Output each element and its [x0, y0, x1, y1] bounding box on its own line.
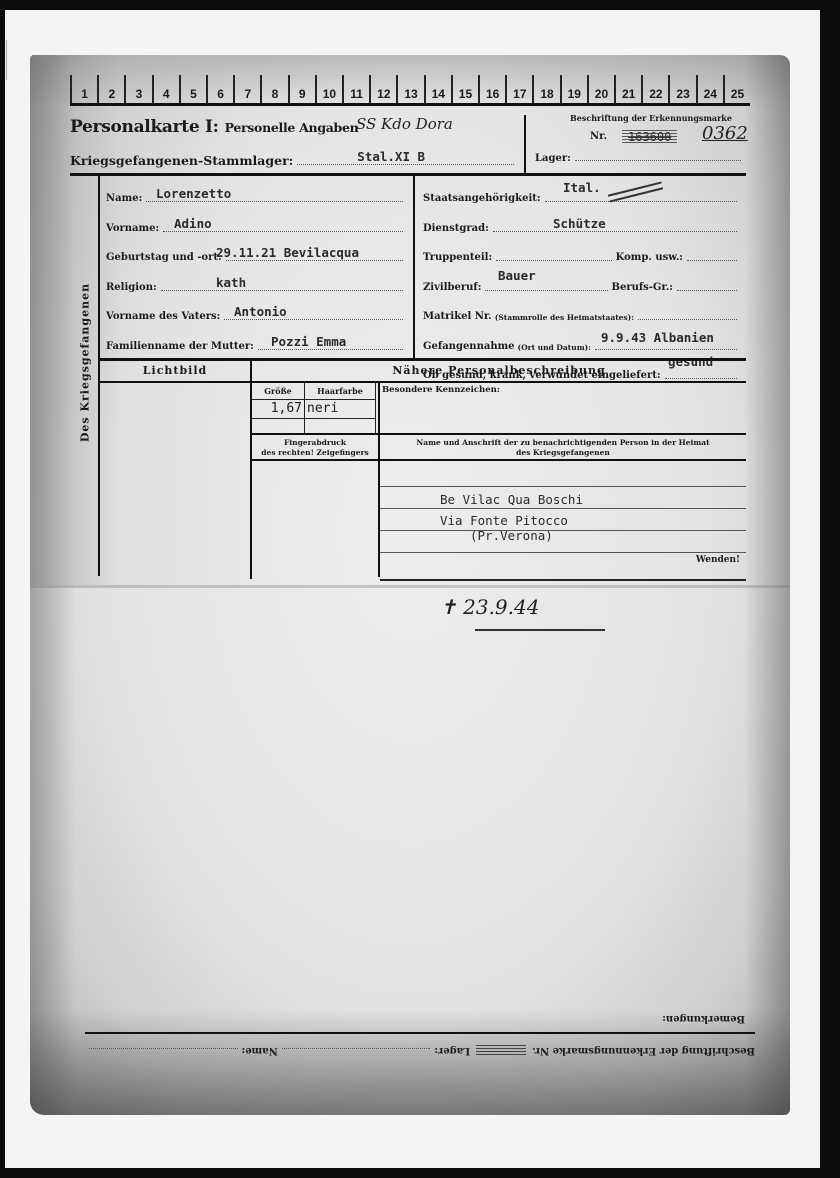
personal-field: Name:Lorenzetto — [106, 182, 407, 204]
field-label: Vorname: — [106, 223, 159, 234]
dotted-line — [493, 230, 737, 232]
field-label: Name: — [106, 193, 142, 204]
field-label: Berufs-Gr.: — [612, 282, 674, 293]
ruler-cell: 10 — [315, 75, 342, 103]
ruler-cell: 24 — [696, 75, 723, 103]
stammlager-value: Stal.XI B — [357, 149, 425, 164]
ruler-cell: 25 — [723, 75, 750, 103]
field-value: Antonio — [234, 304, 287, 319]
fingerabdruck-header: Fingerabdruck des rechten! Zeigefingers — [252, 433, 378, 461]
field-label: Komp. usw.: — [616, 252, 683, 263]
address-line-3: (Pr.Verona) — [470, 528, 553, 543]
header-divider — [524, 115, 526, 173]
personalbeschreibung-header: Nähere Personalbeschreibung — [252, 361, 746, 383]
staatsangehoerigkeit-field: Staatsangehörigkeit: Ital. — [423, 182, 741, 204]
field-label: Zivilberuf: — [423, 282, 481, 293]
dotted-line — [545, 200, 737, 202]
ruler-cell: 2 — [97, 75, 124, 103]
dotted-line — [638, 318, 737, 320]
ruler-cell: 20 — [587, 75, 614, 103]
handwritten-header-note: SS Kdo Dora — [356, 115, 453, 133]
ruler-cell: 22 — [641, 75, 668, 103]
field-value: Adino — [174, 216, 212, 231]
field-label: Vorname des Vaters: — [106, 311, 220, 322]
handwritten-death-date: ✝ 23.9.44 — [440, 595, 539, 619]
heimat-contact-header: Name und Anschrift der zu benachrichtige… — [380, 433, 746, 461]
haarfarbe-value: neri — [305, 400, 376, 418]
address-line-2: Via Fonte Pitocco — [440, 513, 568, 528]
field-sublabel: (Ort und Datum): — [518, 343, 591, 352]
groesse-value: 1,67 — [252, 400, 305, 418]
ruler-cell: 17 — [505, 75, 532, 103]
ruler-cell: 4 — [152, 75, 179, 103]
heimat-address-lines: Be Vilac Qua Boschi Via Fonte Pitocco (P… — [380, 465, 746, 581]
heimat-sublabel: des Kriegsgefangenen — [380, 448, 746, 458]
dotted-line — [575, 159, 741, 161]
fingerabdruck-label: Fingerabdruck — [252, 438, 378, 448]
besondere-kennzeichen-line — [380, 409, 745, 434]
field-label: Gefangennahme — [423, 341, 515, 352]
ruler-cell: 9 — [288, 75, 315, 103]
field-value: Bauer — [498, 268, 536, 283]
ruler-cell: 18 — [532, 75, 559, 103]
field-value: Pozzi Emma — [271, 334, 346, 349]
fingerabdruck-sublabel: des rechten! Zeigefingers — [252, 448, 378, 458]
ruler-cell: 12 — [369, 75, 396, 103]
personal-field: Vorname:Adino — [106, 212, 407, 234]
title-text: Personalkarte I: — [70, 117, 219, 137]
address-line-1: Be Vilac Qua Boschi — [440, 492, 583, 507]
ruler-cell: 14 — [424, 75, 451, 103]
dienstgrad-field: Dienstgrad: Schütze — [423, 212, 741, 234]
address-line: (Pr.Verona) — [380, 531, 746, 553]
ruler-cell: 1 — [70, 75, 97, 103]
dotted-line — [282, 1048, 431, 1050]
groesse-haarfarbe-table: Größe Haarfarbe 1,67 neri — [252, 383, 376, 435]
gefangennahme-field: Gefangennahme (Ort und Datum): 9.9.43 Al… — [423, 330, 741, 352]
struck-number — [476, 1045, 526, 1055]
ruler-cell: 5 — [179, 75, 206, 103]
card-fold-line — [30, 585, 790, 588]
lager-label: Lager: — [535, 153, 571, 164]
table-row: 1,67 neri — [252, 400, 376, 419]
groesse-header: Größe — [252, 383, 305, 399]
personalkarte-card: 1234567891011121314151617181920212223242… — [30, 55, 790, 1115]
number-ruler: 1234567891011121314151617181920212223242… — [70, 75, 750, 106]
field-value: 29.11.21 Bevilacqua — [216, 245, 359, 260]
ruler-cell: 6 — [206, 75, 233, 103]
ruler-cell: 23 — [668, 75, 695, 103]
dotted-line — [496, 259, 612, 261]
field-value: Schütze — [553, 216, 606, 231]
field-value: Lorenzetto — [156, 186, 231, 201]
dotted-line: Stal.XI B — [297, 163, 514, 165]
dotted-line — [161, 289, 403, 291]
ruler-cell: 7 — [233, 75, 260, 103]
footer-name-label: Name: — [242, 1045, 278, 1056]
lichtbild-header: Lichtbild — [100, 361, 252, 383]
ruler-cell: 13 — [396, 75, 423, 103]
address-line: Be Vilac Qua Boschi — [380, 487, 746, 509]
heimat-label: Name und Anschrift der zu benachrichtige… — [380, 438, 746, 448]
footer-lager-label: Lager: — [434, 1045, 470, 1056]
scan-scale-marker — [6, 40, 13, 80]
dotted-line — [687, 259, 737, 261]
personal-field: Religion:kath — [106, 271, 407, 293]
field-label: Geburtstag und -ort: — [106, 252, 222, 263]
nr-handwritten: 0362 — [702, 123, 748, 144]
field-label: Staatsangehörigkeit: — [423, 193, 541, 204]
matrikel-field: Matrikel Nr. (Stammrolle des Heimatstaat… — [423, 300, 741, 322]
nr-label: Nr. — [590, 131, 607, 142]
ruler-cell: 3 — [124, 75, 151, 103]
death-date-underline — [475, 629, 605, 631]
zivilberuf-field: Zivilberuf: Bauer Berufs-Gr.: — [423, 271, 741, 293]
stammlager-field: Kriegsgefangenen-Stammlager: Stal.XI B — [70, 153, 518, 168]
dotted-line — [677, 289, 737, 291]
erkennungsmarke-label: Beschriftung der Erkennungsmarke — [570, 113, 732, 123]
dotted-line — [89, 1048, 238, 1050]
wenden-note: Wenden! — [696, 555, 740, 565]
address-line — [380, 465, 746, 487]
dotted-line — [595, 348, 737, 350]
subtitle-text: Personelle Angaben — [225, 120, 359, 135]
truppenteil-field: Truppenteil: Komp. usw.: — [423, 241, 741, 263]
haarfarbe-header: Haarfarbe — [305, 383, 376, 399]
lager-field: Lager: — [535, 153, 745, 164]
dotted-line — [485, 289, 607, 291]
rule-line — [85, 1032, 755, 1034]
field-value: kath — [216, 275, 246, 290]
stammlager-label: Kriegsgefangenen-Stammlager: — [70, 153, 293, 168]
personal-field: Familienname der Mutter:Pozzi Emma — [106, 330, 407, 352]
field-label: Dienstgrad: — [423, 223, 489, 234]
ruler-cell: 8 — [260, 75, 287, 103]
field-label: Familienname der Mutter: — [106, 341, 254, 352]
card-title: Personalkarte I:Personelle Angaben — [70, 117, 358, 137]
ruler-cell: 16 — [478, 75, 505, 103]
besondere-kennzeichen-label: Besondere Kennzeichen: — [382, 385, 742, 395]
footer-fields: Beschriftung der Erkennungsmarke Nr. Lag… — [85, 1045, 755, 1056]
address-line: Via Fonte Pitocco — [380, 509, 746, 531]
field-value: Ital. — [563, 180, 601, 195]
side-label: Des Kriegsgefangenen — [79, 248, 92, 478]
field-label: Truppenteil: — [423, 252, 492, 263]
field-label: Religion: — [106, 282, 157, 293]
side-column: Des Kriegsgefangenen — [70, 176, 100, 576]
personal-data-block: Name:LorenzettoVorname:AdinoGeburtstag u… — [100, 176, 415, 358]
footer-beschriftung-label: Beschriftung der Erkennungsmarke Nr. — [532, 1045, 755, 1056]
upside-down-footer: Bemerkungen: Beschriftung der Erkennungs… — [85, 1000, 755, 1060]
bemerkungen-label: Bemerkungen: — [662, 1013, 745, 1024]
address-line — [380, 553, 746, 581]
field-value: 9.9.43 Albanien — [601, 330, 714, 345]
field-sublabel: (Stammrolle des Heimatstaates): — [495, 313, 634, 322]
personal-field: Geburtstag und -ort:29.11.21 Bevilacqua — [106, 241, 407, 263]
ruler-cell: 19 — [560, 75, 587, 103]
field-label: Matrikel Nr. — [423, 311, 492, 322]
service-data-block: Staatsangehörigkeit: Ital. Dienstgrad: S… — [417, 176, 747, 358]
nr-value-struck: 163600 — [622, 130, 677, 144]
ruler-cell: 15 — [451, 75, 478, 103]
personal-field: Vorname des Vaters:Antonio — [106, 300, 407, 322]
ruler-cell: 21 — [614, 75, 641, 103]
ruler-cell: 11 — [342, 75, 369, 103]
table-header-row: Größe Haarfarbe — [252, 383, 376, 400]
